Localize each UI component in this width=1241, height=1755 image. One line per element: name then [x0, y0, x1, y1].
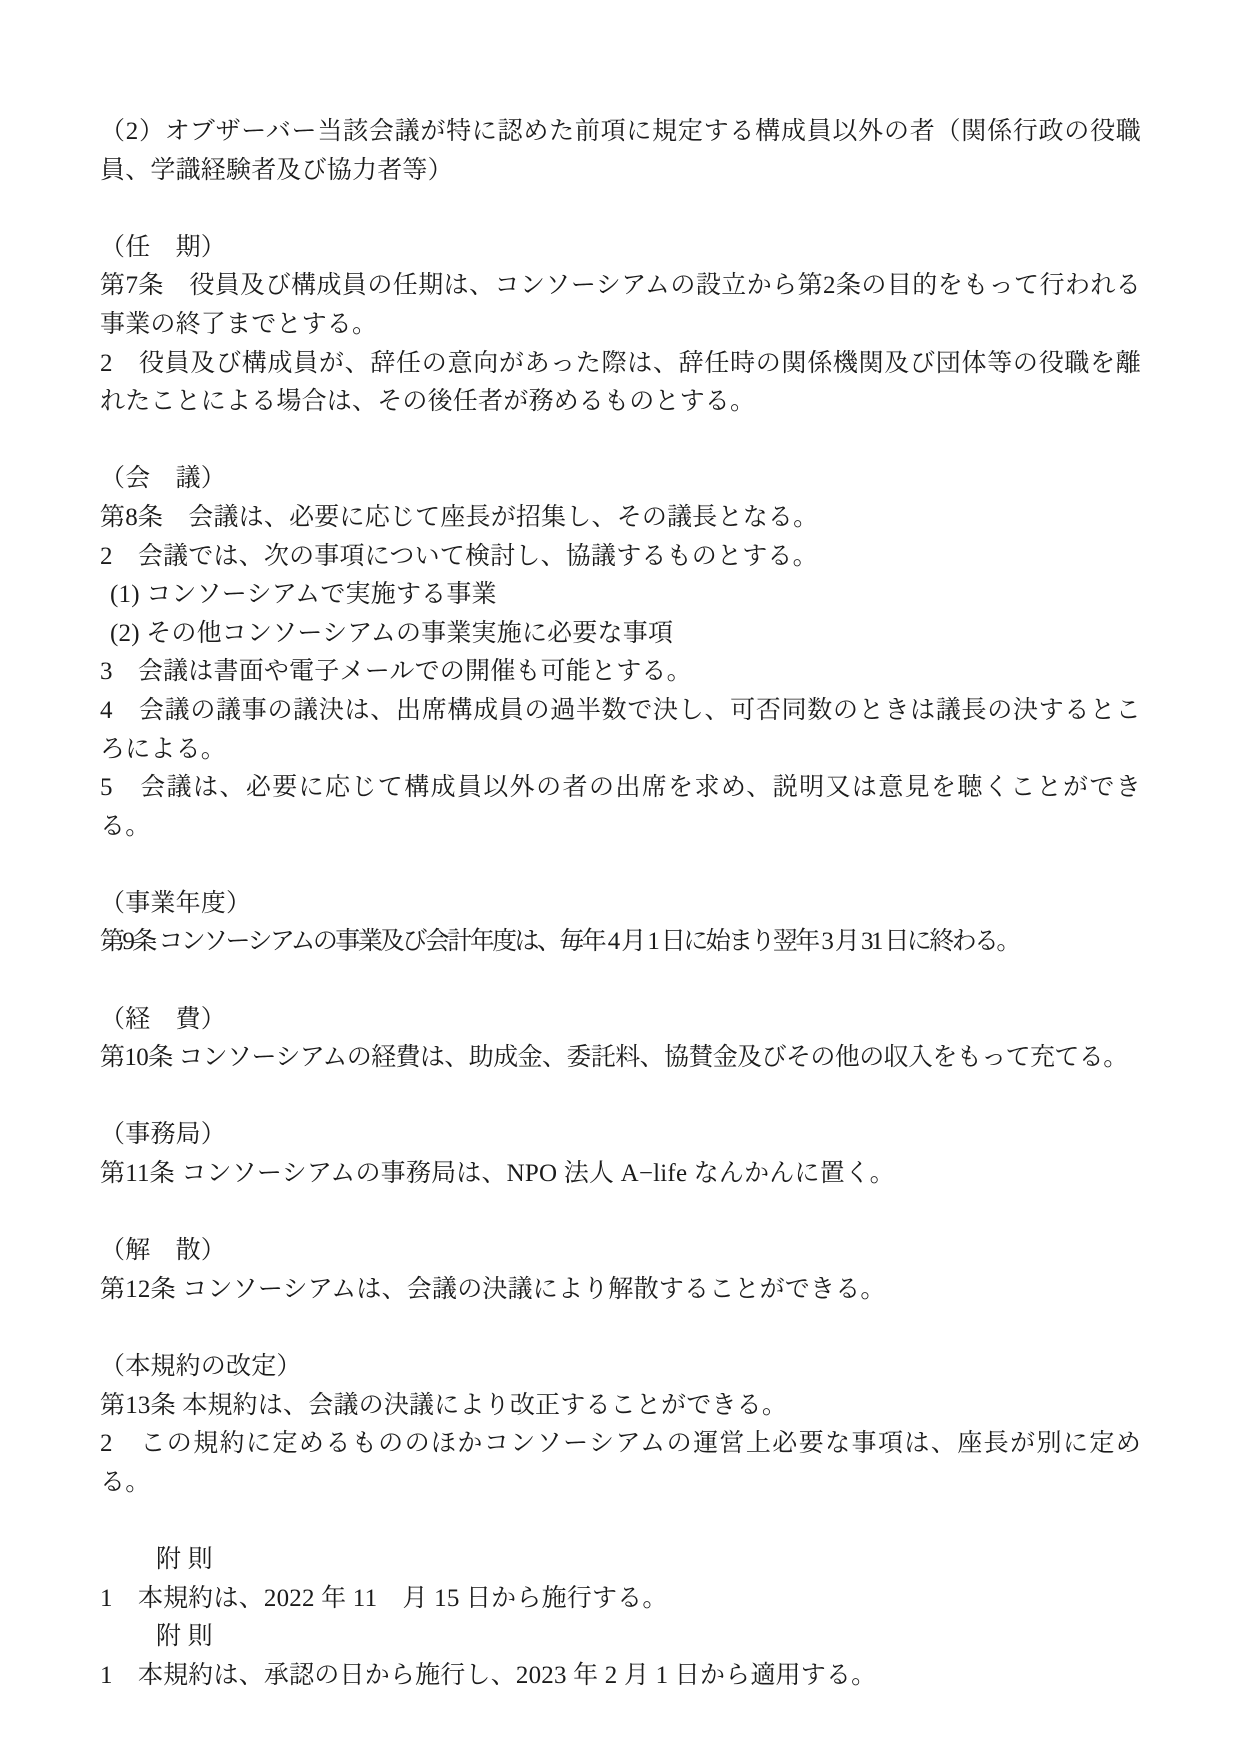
document-line: （本規約の改定） — [100, 1348, 1141, 1387]
document-line: 4 会議の議事の議決は、出席構成員の過半数で決し、可否同数のときは議長の決すると… — [100, 692, 1141, 769]
document-line: 2 会議では、次の事項について検討し、協議するものとする。 — [100, 538, 1141, 577]
document-line: （経 費） — [100, 1001, 1141, 1040]
blank-line — [100, 422, 1141, 461]
document-line: 第10条 コンソーシアムの経費は、助成金、委託料、協賛金及びその他の収入をもって… — [100, 1039, 1141, 1078]
document-line: 2 この規約に定めるもののほかコンソーシアムの運営上必要な事項は、座長が別に定め… — [100, 1425, 1141, 1502]
document-line: 第12条 コンソーシアムは、会議の決議により解散することができる。 — [100, 1271, 1141, 1310]
document-line: （解 散） — [100, 1232, 1141, 1271]
document-line: 3 会議は書面や電子メールでの開催も可能とする。 — [100, 653, 1141, 692]
document-line: 5 会議は、必要に応じて構成員以外の者の出席を求め、説明又は意見を聴くことができ… — [100, 769, 1141, 846]
document-line: 第13条 本規約は、会議の決議により改正することができる。 — [100, 1387, 1141, 1426]
document-line: （事業年度） — [100, 885, 1141, 924]
document-line: 附 則 — [100, 1618, 1141, 1657]
blank-line — [100, 190, 1141, 229]
document-line: （事務局） — [100, 1116, 1141, 1155]
blank-line — [100, 1309, 1141, 1348]
document-line: (2) その他コンソーシアムの事業実施に必要な事項 — [100, 615, 1141, 654]
document-line: (1) コンソーシアムで実施する事業 — [100, 576, 1141, 615]
document-line: 1 本規約は、承認の日から施行し、2023 年 2 月 1 日から適用する。 — [100, 1657, 1141, 1696]
document-line: 第11条 コンソーシアムの事務局は、NPO 法人 A−life なんかんに置く。 — [100, 1155, 1141, 1194]
blank-line — [100, 1078, 1141, 1117]
document-line: 第8条 会議は、必要に応じて座長が招集し、その議長となる。 — [100, 499, 1141, 538]
document-body: { "document": { "blocks": [ {"style": "p… — [0, 0, 1241, 1755]
document-page: （2）オブザーバー当該会議が特に認めた前項に規定する構成員以外の者（関係行政の役… — [100, 113, 1141, 1695]
blank-line — [100, 846, 1141, 885]
document-line: 第7条 役員及び構成員の任期は、コンソーシアムの設立から第2条の目的をもって行わ… — [100, 267, 1141, 344]
document-line: （2）オブザーバー当該会議が特に認めた前項に規定する構成員以外の者（関係行政の役… — [100, 113, 1141, 190]
blank-line — [100, 1502, 1141, 1541]
blank-line — [100, 962, 1141, 1001]
document-line: 2 役員及び構成員が、辞任の意向があった際は、辞任時の関係機関及び団体等の役職を… — [100, 345, 1141, 422]
document-line: 第9条 コンソーシアムの事業及び会計年度は、毎年 4 月 1 日に始まり翌年 3… — [100, 923, 1141, 962]
document-line: （会 議） — [100, 460, 1141, 499]
document-line: 附 則 — [100, 1541, 1141, 1580]
blank-line — [100, 1194, 1141, 1233]
document-line: （任 期） — [100, 229, 1141, 268]
document-line: 1 本規約は、2022 年 11 月 15 日から施行する。 — [100, 1580, 1141, 1619]
